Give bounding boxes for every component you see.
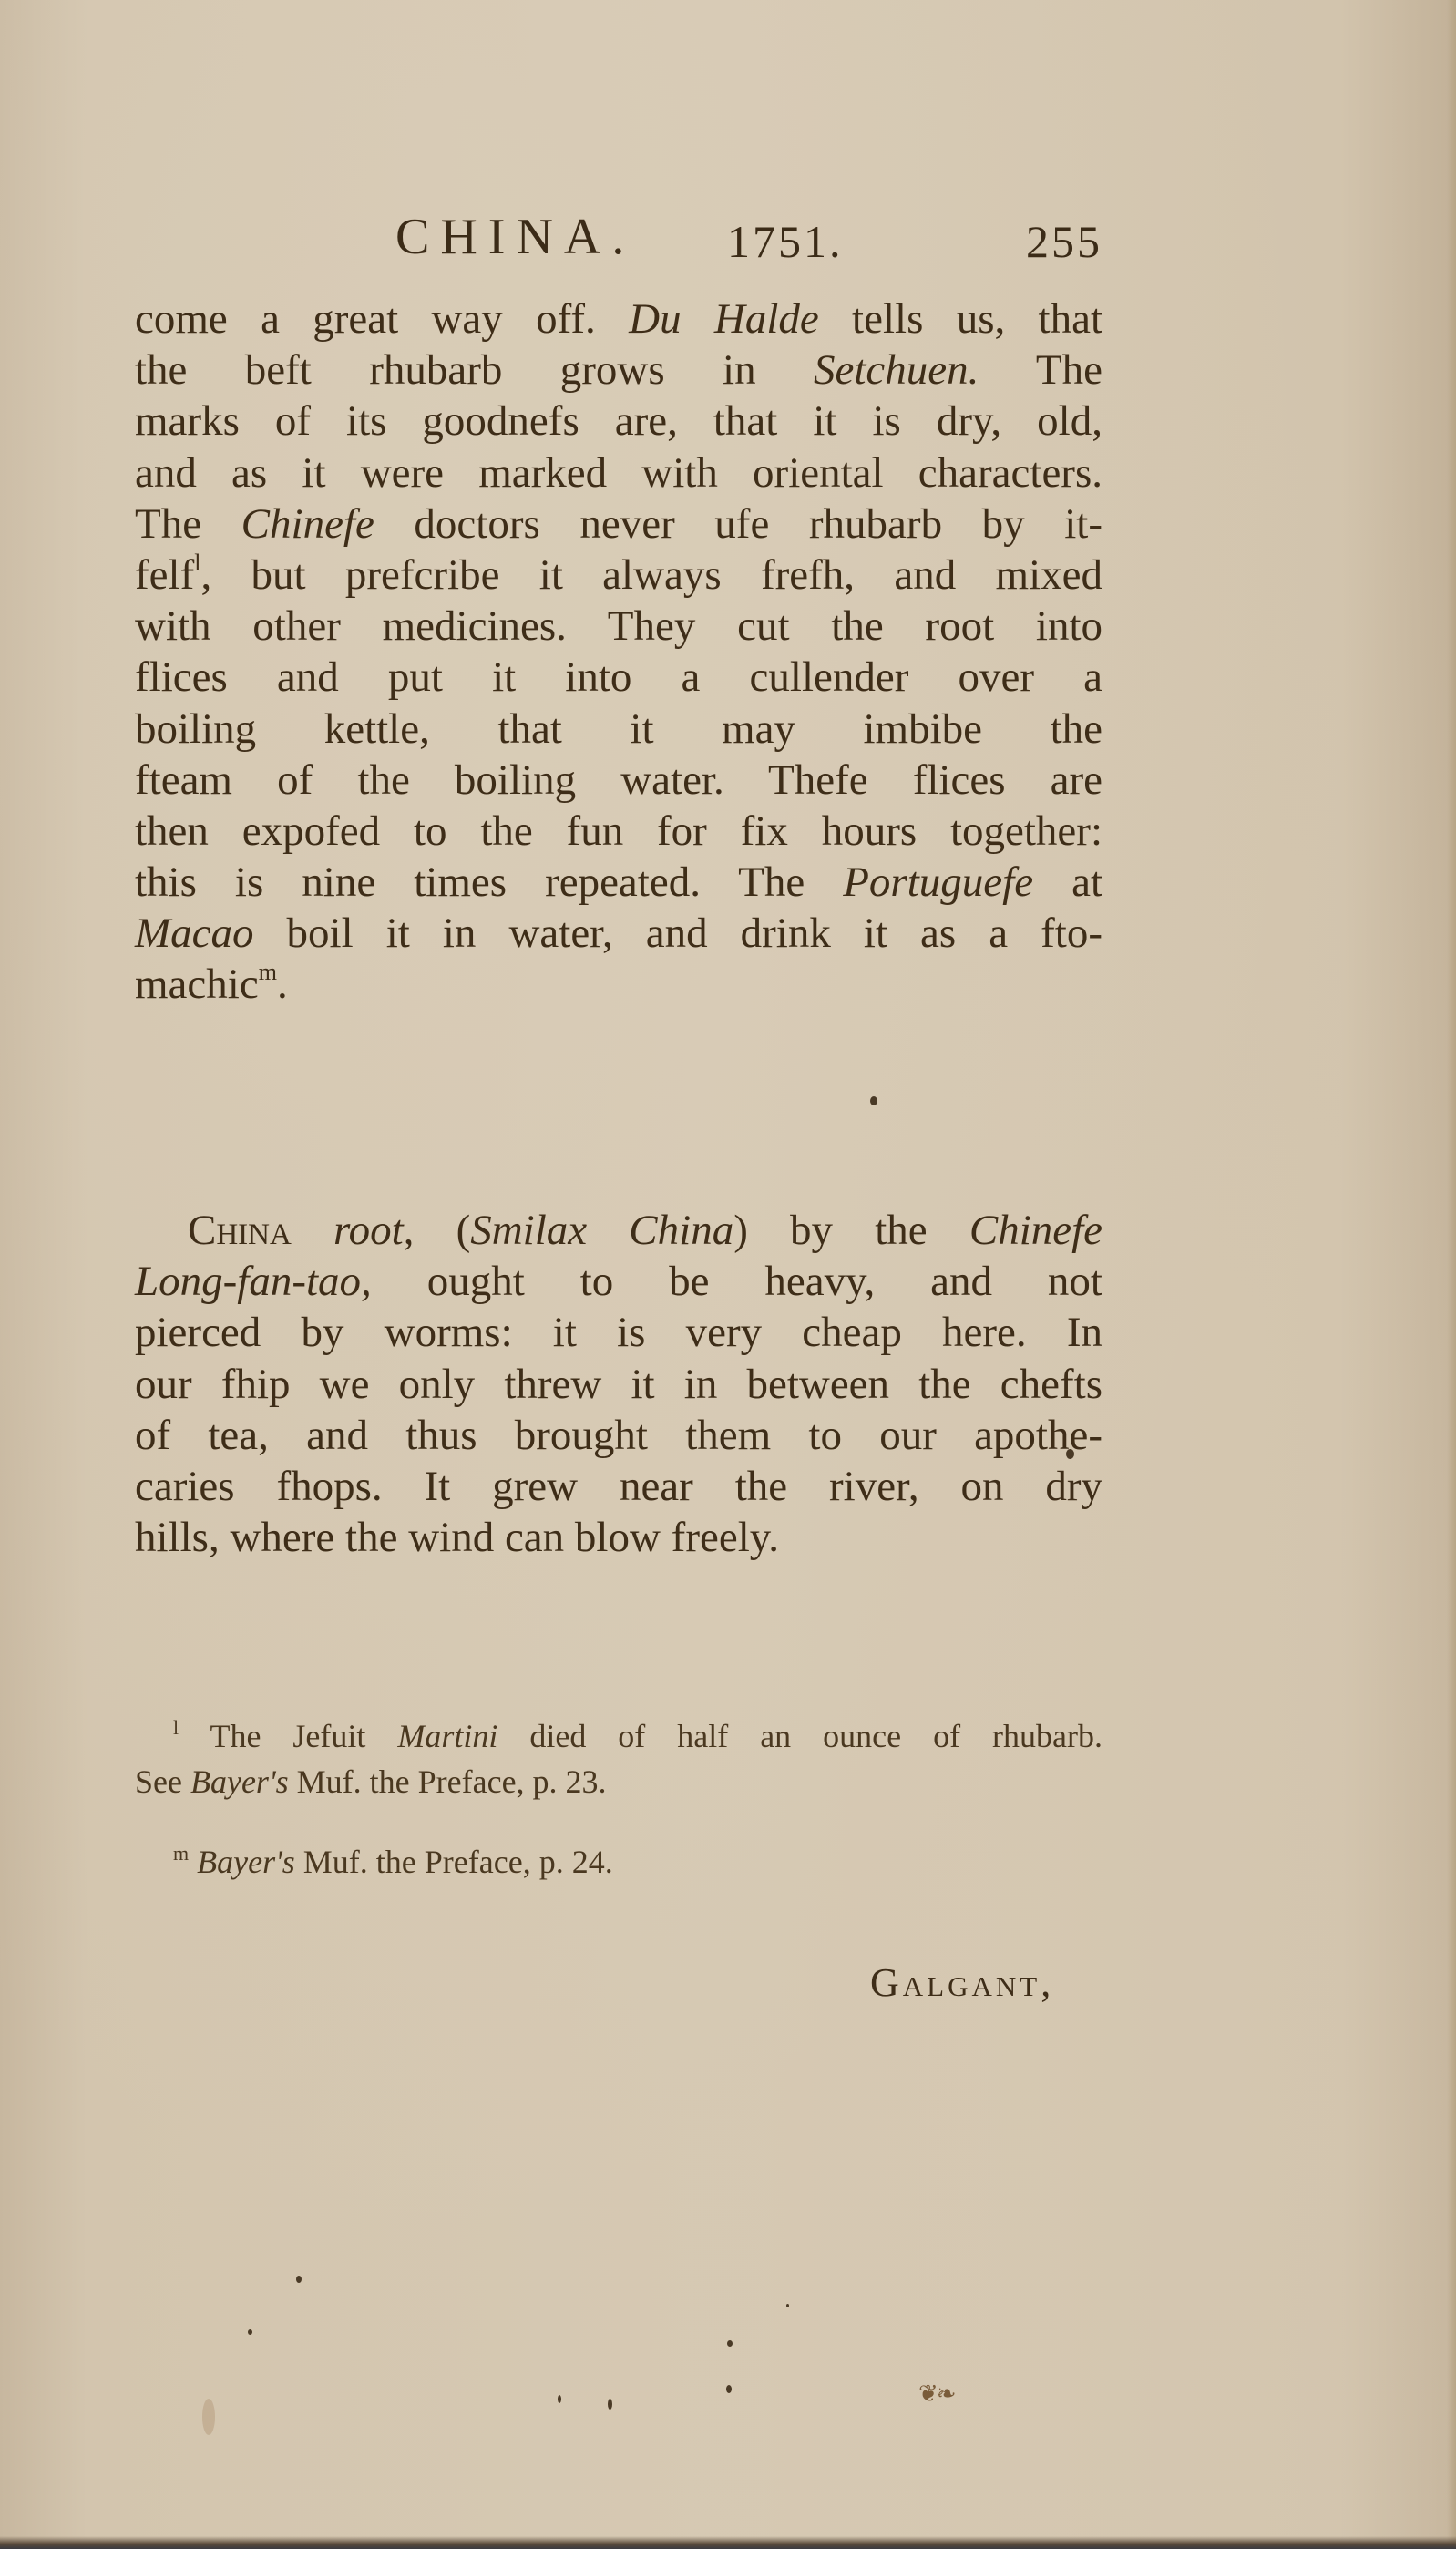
ink-speck (608, 2399, 612, 2410)
text-line: flices and put it into a cullender over … (135, 652, 1102, 703)
text-line: and as it were marked with oriental char… (135, 447, 1102, 498)
text-line: pierced by worms: it is very cheap here.… (135, 1307, 1102, 1358)
italic-text: Portuguefe (843, 858, 1033, 906)
small-caps-text: China (188, 1207, 292, 1254)
text-line: our fhip we only threw it in between the… (135, 1359, 1102, 1410)
text-line: with other medicines. They cut the root … (135, 601, 1102, 652)
ink-speck (870, 1096, 877, 1105)
text-line: then expofed to the fun for fix hours to… (135, 806, 1102, 857)
text-line: China root, (Smilax China) by the Chinef… (135, 1205, 1102, 1256)
ink-speck (1066, 1449, 1074, 1459)
text-line: come a great way off. Du Halde tells us,… (135, 293, 1102, 344)
ink-speck (248, 2329, 252, 2335)
footnote-reference: l (194, 550, 200, 576)
italic-text: Chinefe (969, 1207, 1102, 1254)
text-line: The Chinefe doctors never ufe rhubarb by… (135, 498, 1102, 550)
running-head: CHINA. 1751. 255 (135, 208, 1102, 272)
text-line: fteam of the boiling water. Thefe flices… (135, 755, 1102, 806)
text-line: Macao boil it in water, and drink it as … (135, 908, 1102, 959)
text-line: Long-fan-tao, ought to be heavy, and not (135, 1256, 1102, 1307)
paragraph-rhubarb: come a great way off. Du Halde tells us,… (135, 293, 1102, 1011)
text-line: machicm. (135, 959, 1102, 1010)
footnote-reference: m (259, 959, 277, 985)
paragraph-china-root: China root, (Smilax China) by the Chinef… (135, 1205, 1102, 1563)
paper-stain (202, 2399, 215, 2435)
text-line: of tea, and thus brought them to our apo… (135, 1410, 1102, 1461)
printers-ornament-icon: ❦❧ (918, 2380, 955, 2408)
page-number: 255 (1026, 215, 1102, 268)
scanned-book-page: CHINA. 1751. 255 come a great way off. D… (0, 0, 1456, 2549)
text-line: felfl, but prefcribe it always frefh, an… (135, 550, 1102, 601)
footnote-line: See Bayer's Muf. the Preface, p. 23. (135, 1759, 1102, 1804)
italic-text: Martini (397, 1718, 497, 1754)
footnote-marker: l (173, 1716, 179, 1739)
footnote-m: m Bayer's Muf. the Preface, p. 24. (135, 1839, 1102, 1885)
running-head-title: CHINA. (395, 208, 635, 266)
footnote-l: l The Jefuit Martini died of half an oun… (135, 1713, 1102, 1804)
footnotes: l The Jefuit Martini died of half an oun… (135, 1713, 1102, 1885)
text-line: this is nine times repeated. The Portugu… (135, 857, 1102, 908)
italic-text: Du Halde (629, 295, 819, 343)
italic-text: root, (333, 1207, 414, 1254)
text-line: caries fhops. It grew near the river, on… (135, 1461, 1102, 1512)
catchword: Galgant, (870, 1959, 1054, 2006)
italic-text: Smilax China (470, 1207, 733, 1254)
text-line: marks of its goodnefs are, that it is dr… (135, 396, 1102, 447)
italic-text: Chinefe (241, 500, 374, 548)
ink-speck (726, 2385, 732, 2393)
page-edge-right (1447, 0, 1456, 2549)
ink-speck (727, 2340, 733, 2347)
text-line: hills, where the wind can blow freely. (135, 1512, 1102, 1563)
italic-text: Long-fan-tao, (135, 1258, 372, 1305)
footnote-marker: m (173, 1842, 189, 1865)
text-line: the beft rhubarb grows in Setchuen. The (135, 344, 1102, 396)
footnote-line: m Bayer's Muf. the Preface, p. 24. (173, 1844, 613, 1880)
italic-text: Bayer's (197, 1844, 295, 1880)
italic-text: Bayer's (190, 1763, 289, 1800)
ink-speck (558, 2395, 561, 2403)
footnote-line: l The Jefuit Martini died of half an oun… (135, 1713, 1102, 1759)
running-head-year: 1751. (727, 215, 844, 268)
italic-text: Macao (135, 910, 254, 957)
italic-text: Setchuen. (814, 346, 979, 394)
page-edge-bottom (0, 2536, 1456, 2549)
text-line: boiling kettle, that it may imbibe the (135, 704, 1102, 755)
ink-speck (786, 2304, 789, 2307)
ink-speck (296, 2276, 302, 2283)
